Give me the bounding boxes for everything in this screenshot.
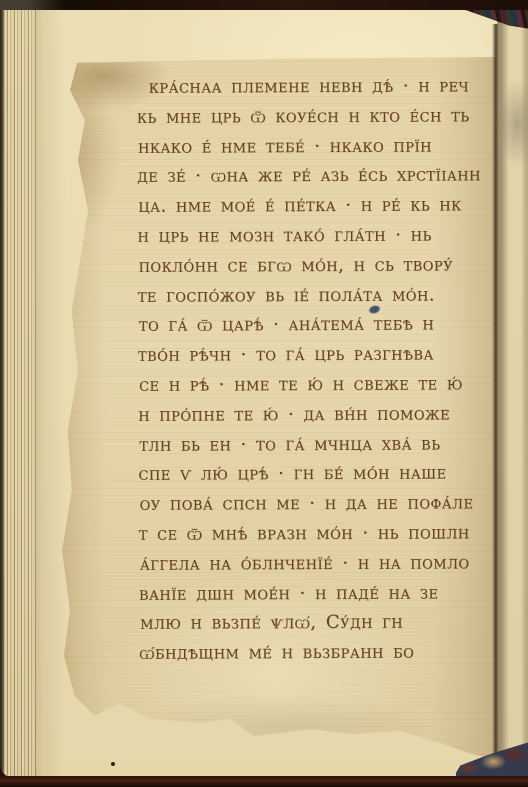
text-line-20: ѡ́бндѣщнм ме́ н вьзбранн бо <box>139 637 483 668</box>
text-line-11: се н рѣ́ · нме те ю́ н свеже те ю́ <box>139 369 483 400</box>
text-line-10: тво́н рѣ́чн · то га́ црь разгнѣва <box>138 339 482 370</box>
text-line-4: де зе́ · ѡна же ре́ азь е́сь хрстїіанн <box>137 161 481 192</box>
text-line-15: оу пова́ спсн ме · н да не пофа́ле <box>140 488 484 519</box>
text-line-8: те госпо́жоу вь іе́ пола́та мо́н. <box>138 280 482 311</box>
next-page-sliver <box>497 9 528 778</box>
text-line-14: спе ѵ лю́ црѣ́ · гн бе́ мо́н наше <box>138 459 482 490</box>
text-line-12: н про́пне те ю́ · да вн́н поможе <box>138 399 482 430</box>
book-cover-bottom-edge <box>0 776 528 787</box>
text-line-18: ванїе дшн мое́н · н паде́ на зе <box>139 578 483 609</box>
text-line-1: кра́снаа племене невн дѣ́ · н реч <box>138 71 482 102</box>
text-line-5: ца. нме мое́ е́ пе́тка · н ре́ кь нк <box>138 190 482 221</box>
page-stack-left-edge <box>0 8 36 778</box>
text-line-9: то га́ ѿ царѣ́ · ана́тема́ тебѣ н <box>139 310 483 341</box>
book-photo: кра́снаа племене невн дѣ́ · н реч кь мне… <box>0 0 528 787</box>
text-line-17: а́ггела на о́блнченїе́ · н на помло <box>140 548 484 579</box>
text-line-3: нкако е́ нме тебе́ · нкако прїн <box>138 131 482 162</box>
ink-speck <box>111 762 115 766</box>
text-line-16: т се ѿ мнѣ́ вразн мо́н · нь пошлн <box>139 518 483 549</box>
text-line-6: н црь не мозн тако́ гла́тн · нь <box>137 220 481 251</box>
gutter-crease <box>492 24 500 772</box>
book-cover-top-edge <box>0 0 528 10</box>
text-line-2: кь мне црь ѿ коуе́сн н кто е́сн ть <box>137 101 481 132</box>
text-line-7: покло́нн се бгѡ мо́н, н сь твору́ <box>138 250 482 281</box>
text-line-19: млю н вьзпе́ ѱлѡ́, Су́дн гн <box>140 608 484 639</box>
text-line-13: тлн бь ен · то га́ мчнца хва́ вь <box>139 429 483 460</box>
manuscript-leaf: кра́снаа племене невн дѣ́ · н реч кь мне… <box>55 55 496 761</box>
manuscript-text: кра́снаа племене невн дѣ́ · н реч кь мне… <box>138 71 484 668</box>
